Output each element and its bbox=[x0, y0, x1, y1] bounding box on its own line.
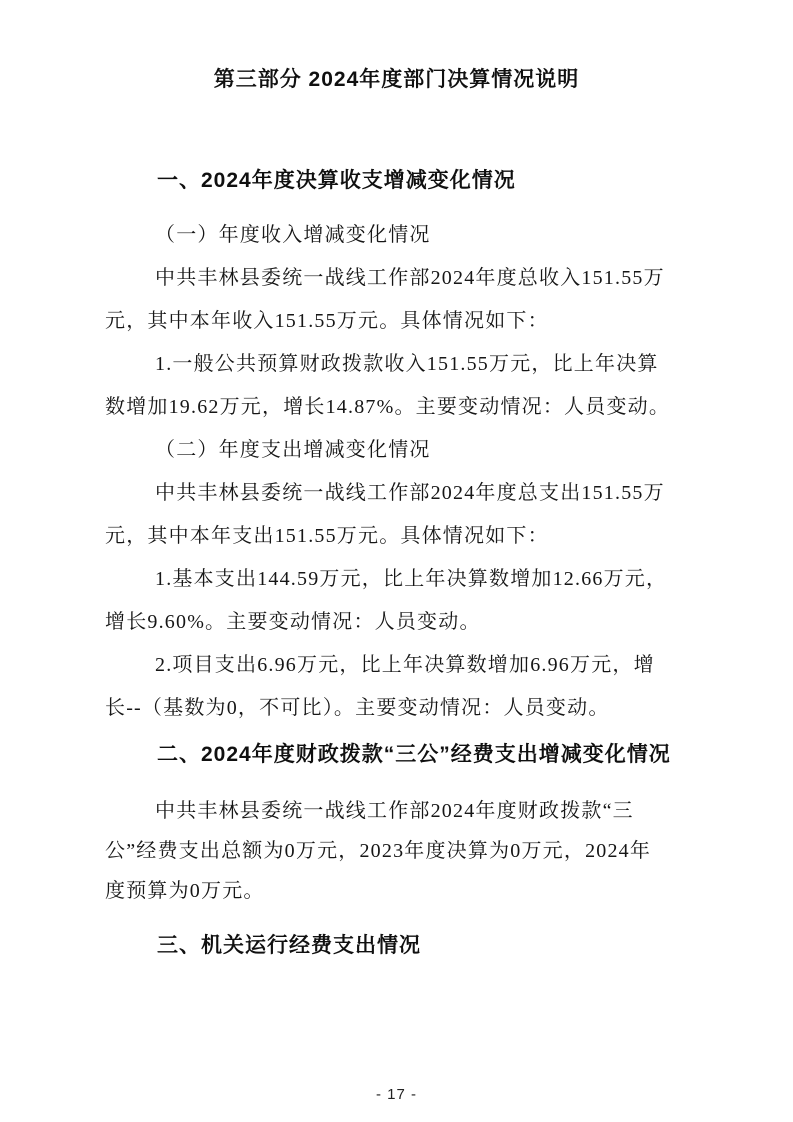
doc-title: 第三部分 2024年度部门决算情况说明 bbox=[0, 0, 793, 94]
doc-body: 一、2024年度决算收支增减变化情况 （一）年度收入增减变化情况 中共丰林县委统… bbox=[105, 166, 695, 961]
text-line: 中共丰林县委统一战线工作部2024年度总收入151.55万 bbox=[105, 257, 695, 300]
text-line: 数增加19.62万元，增长14.87%。主要变动情况：人员变动。 bbox=[105, 386, 695, 429]
section-2-heading: 二、2024年度财政拨款“三公”经费支出增减变化情况 bbox=[105, 740, 695, 770]
text-line: （二）年度支出增减变化情况 bbox=[105, 429, 695, 472]
section-3-heading: 三、机关运行经费支出情况 bbox=[105, 931, 695, 961]
text-line: 1.一般公共预算财政拨款收入151.55万元，比上年决算 bbox=[105, 343, 695, 386]
text-line: 1.基本支出144.59万元，比上年决算数增加12.66万元， bbox=[105, 558, 695, 601]
text-line: 2.项目支出6.96万元，比上年决算数增加6.96万元，增 bbox=[105, 644, 695, 687]
document-page: 第三部分 2024年度部门决算情况说明 一、2024年度决算收支增减变化情况 （… bbox=[0, 0, 793, 1122]
text-line: （一）年度收入增减变化情况 bbox=[105, 214, 695, 257]
text-line: 度预算为0万元。 bbox=[105, 871, 695, 911]
text-line: 元，其中本年支出151.55万元。具体情况如下： bbox=[105, 515, 695, 558]
section-1-text: （一）年度收入增减变化情况 中共丰林县委统一战线工作部2024年度总收入151.… bbox=[105, 214, 695, 730]
section-2-text: 中共丰林县委统一战线工作部2024年度财政拨款“三 公”经费支出总额为0万元，2… bbox=[105, 791, 695, 911]
text-line: 增长9.60%。主要变动情况：人员变动。 bbox=[105, 601, 695, 644]
text-line: 元，其中本年收入151.55万元。具体情况如下： bbox=[105, 300, 695, 343]
text-line: 长--（基数为0，不可比）。主要变动情况：人员变动。 bbox=[105, 687, 695, 730]
section-1-heading: 一、2024年度决算收支增减变化情况 bbox=[105, 166, 695, 196]
page-number: - 17 - bbox=[0, 1086, 793, 1103]
text-line: 中共丰林县委统一战线工作部2024年度总支出151.55万 bbox=[105, 472, 695, 515]
text-line: 公”经费支出总额为0万元，2023年度决算为0万元，2024年 bbox=[105, 831, 695, 871]
text-line: 中共丰林县委统一战线工作部2024年度财政拨款“三 bbox=[105, 791, 695, 831]
